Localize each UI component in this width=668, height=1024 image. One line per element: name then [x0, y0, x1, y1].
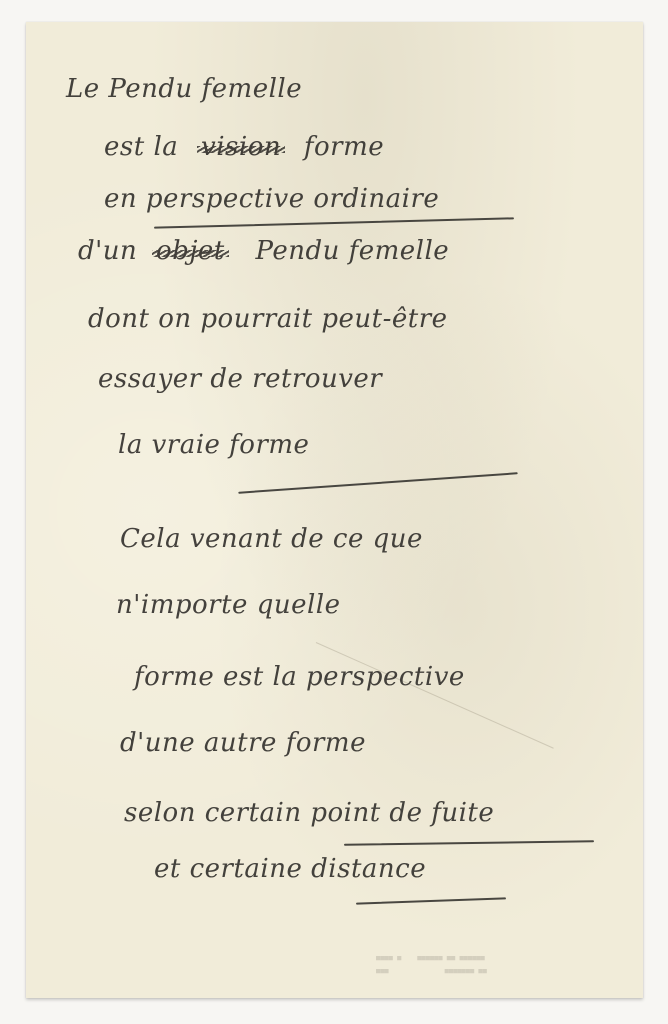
line-text: essayer de retrouver — [98, 364, 382, 394]
stamp-text: ■■■■ ■ — [376, 952, 401, 965]
struck-word: objet — [156, 236, 225, 266]
line-text: d'un — [78, 236, 137, 266]
manuscript-line-12: selon certain point de fuite — [124, 798, 494, 828]
underline — [154, 217, 514, 228]
manuscript-line-13: et certaine distance — [154, 854, 426, 884]
line-text: est la — [104, 132, 178, 162]
stamp-text: ■■■ — [376, 965, 389, 978]
line-text: et certaine distance — [154, 854, 426, 884]
manuscript-line-8: Cela venant de ce que — [120, 524, 423, 554]
line-text: forme est la perspective — [134, 662, 465, 692]
line-text: Pendu femelle — [256, 236, 450, 266]
line-text: dont on pourrait peut-être — [88, 304, 448, 334]
line-text: Le Pendu femelle — [66, 74, 302, 104]
underline — [356, 897, 506, 904]
struck-word: vision — [201, 132, 281, 162]
manuscript-line-3: en perspective ordinaire — [104, 184, 439, 214]
underline — [344, 840, 594, 845]
line-text: Cela venant de ce que — [120, 524, 423, 554]
underline — [238, 472, 517, 494]
manuscript-line-11: d'une autre forme — [120, 728, 366, 758]
manuscript-line-10: forme est la perspective — [134, 662, 465, 692]
manuscript-line-4: d'un objet Pendu femelle — [78, 236, 449, 266]
manuscript-line-9: n'importe quelle — [116, 590, 340, 620]
line-text: la vraie forme — [118, 430, 309, 460]
stamp-text: ■■■■■■ ■■ ■■■■■■ — [417, 952, 484, 965]
line-text: forme — [304, 132, 384, 162]
line-text: selon certain point de fuite — [124, 798, 494, 828]
manuscript-line-7: la vraie forme — [118, 430, 309, 460]
line-text: d'une autre forme — [120, 728, 366, 758]
manuscript-page: Le Pendu femelle est la vision forme en … — [26, 22, 643, 998]
line-text: n'importe quelle — [116, 590, 340, 620]
archival-stamp: ■■■■ ■■■■■■■ ■■ ■■■■■■ ■■■■■■■■■■ ■■ — [376, 952, 503, 978]
stamp-text: ■■■■■■■ ■■ — [445, 965, 487, 978]
manuscript-line-1: Le Pendu femelle — [66, 74, 302, 104]
line-text: en perspective ordinaire — [104, 184, 439, 214]
manuscript-line-6: essayer de retrouver — [98, 364, 382, 394]
manuscript-line-5: dont on pourrait peut-être — [88, 304, 448, 334]
manuscript-line-2: est la vision forme — [104, 132, 384, 162]
